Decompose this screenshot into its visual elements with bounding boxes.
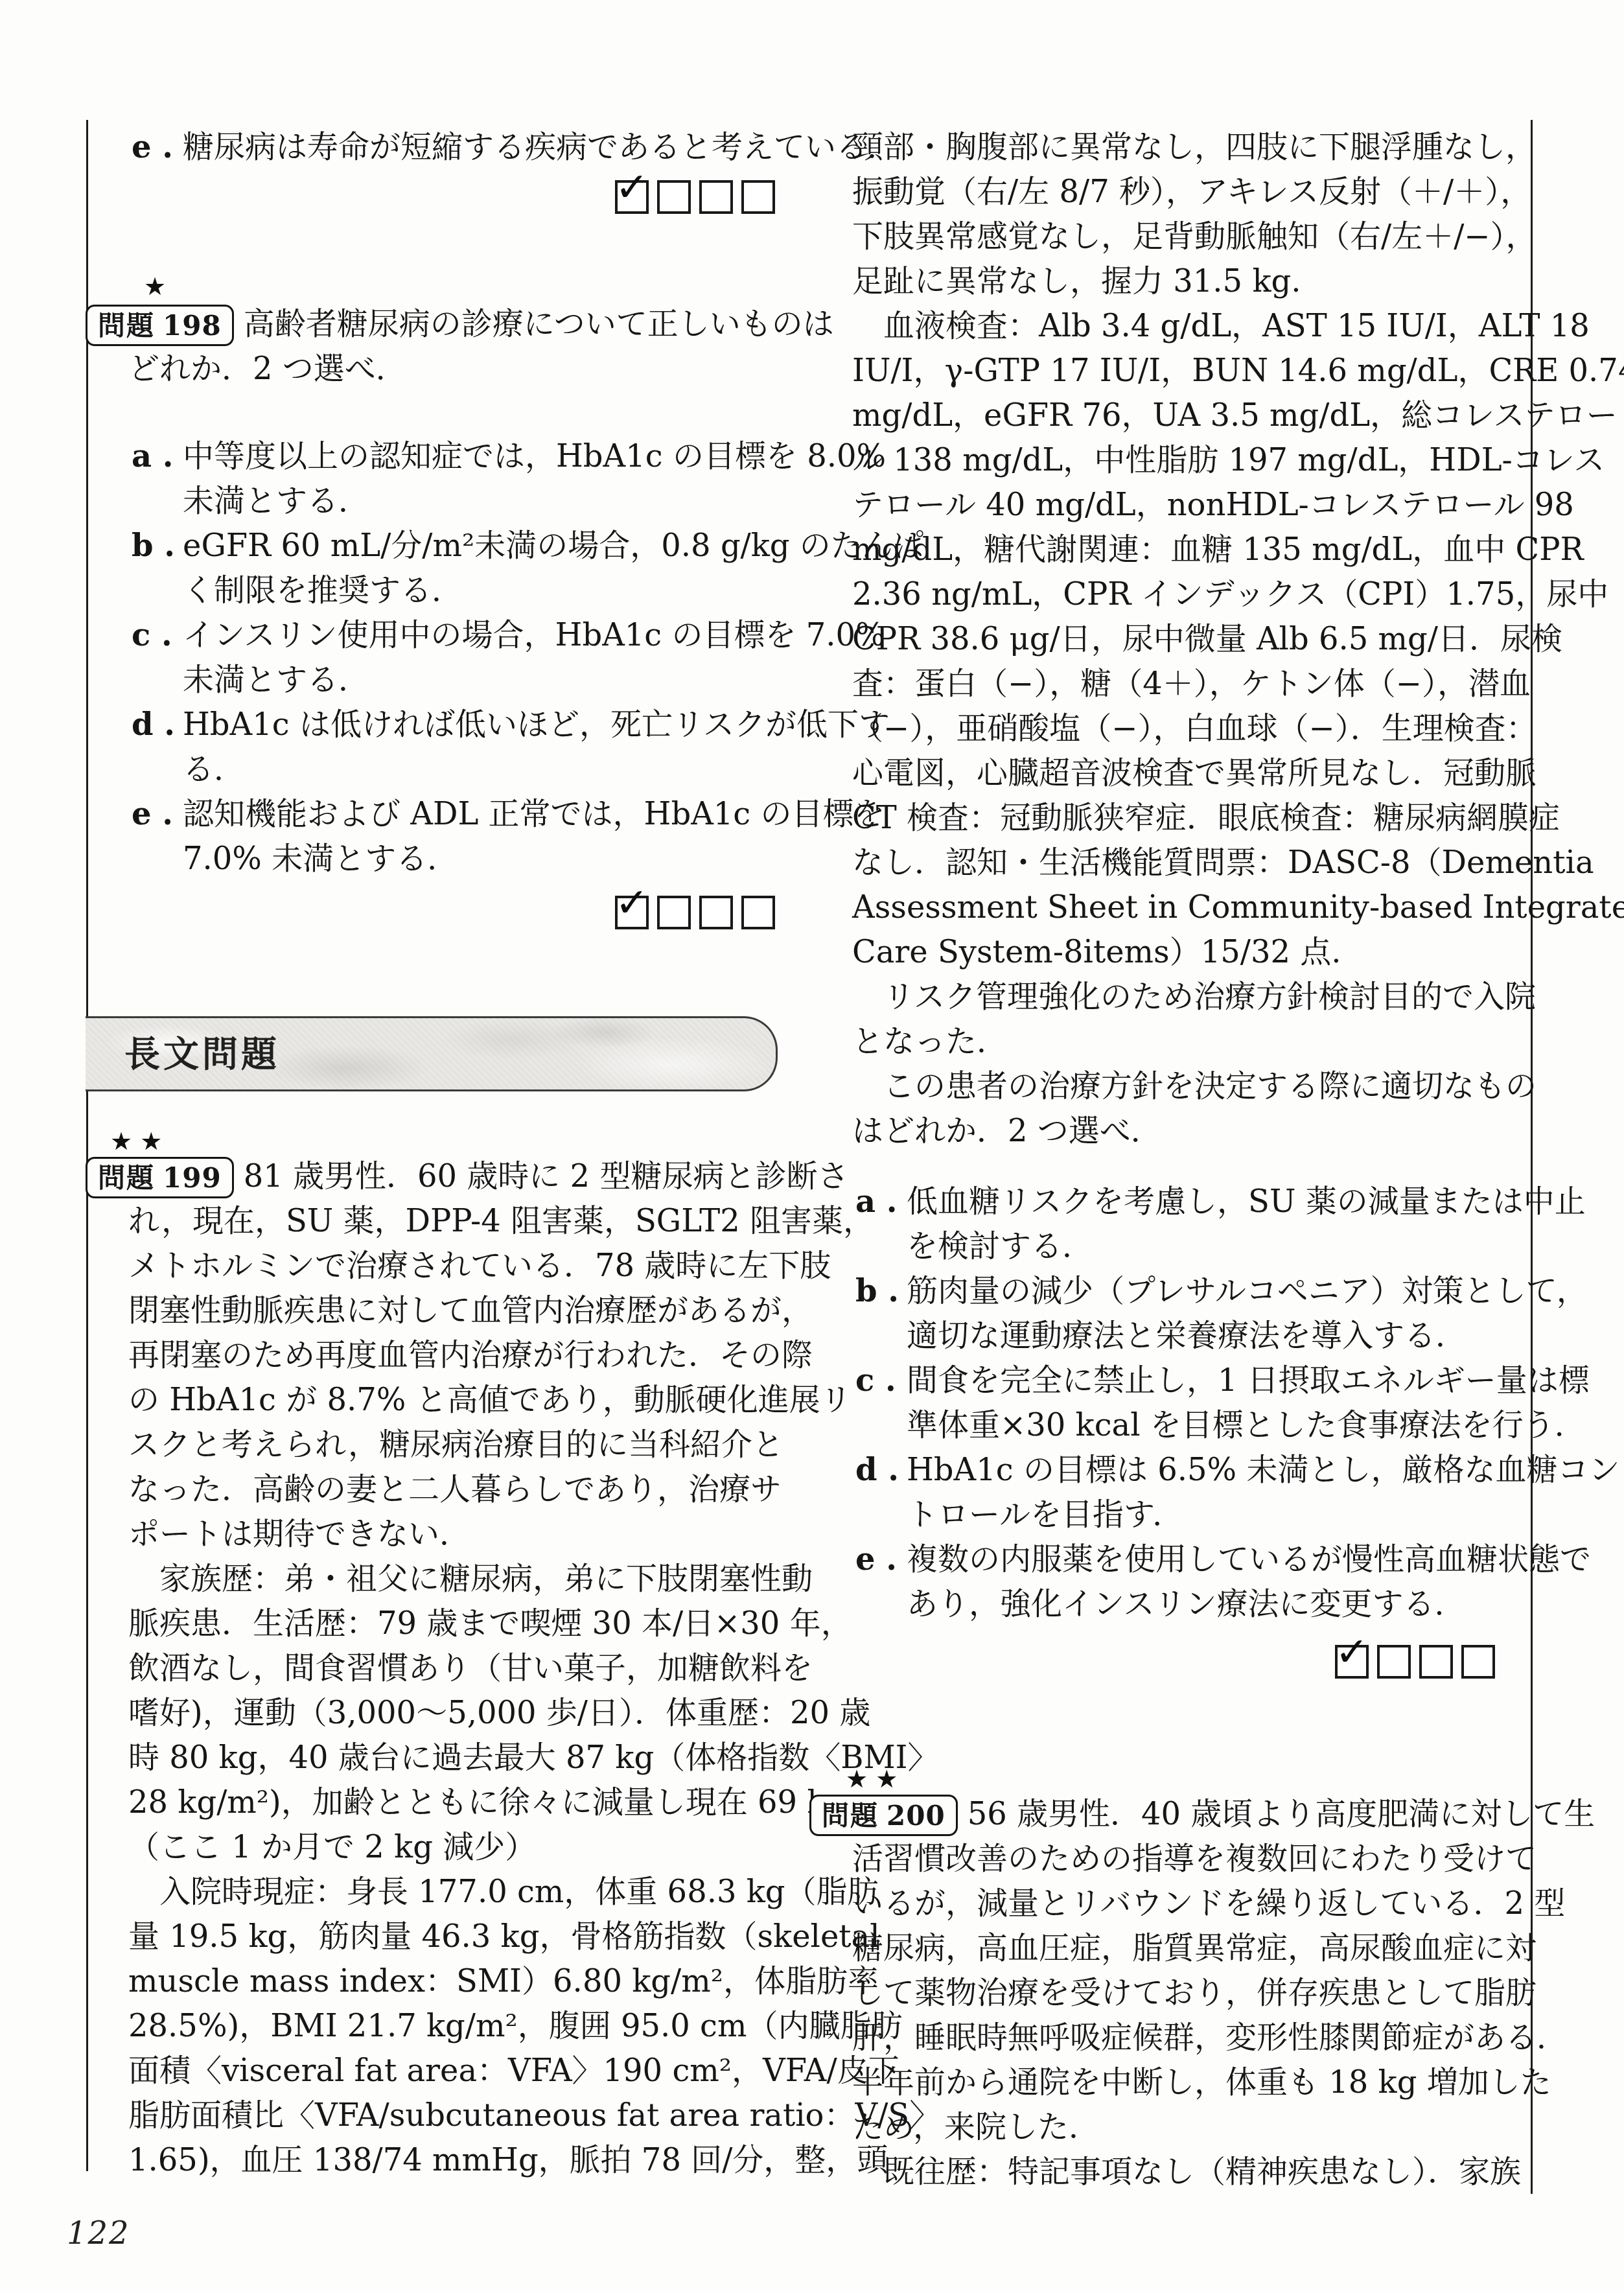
question-199-box: 問題 199 xyxy=(86,1157,234,1198)
option-letter: b . xyxy=(128,524,183,613)
option-row: c . インスリン使用中の場合，HbA1c の目標を 7.0% 未満とする． xyxy=(128,613,776,703)
option-row: d . HbA1c は低ければ低いほど，死亡リスクが低下す る． xyxy=(128,703,776,792)
option-text: HbA1c は低ければ低いほど，死亡リスクが低下す る． xyxy=(183,703,890,792)
question-label: 問題 xyxy=(98,1156,155,1200)
checkbox-checked: ✓ xyxy=(615,896,649,929)
option-letter: e . xyxy=(128,792,183,881)
option-text: 低血糖リスクを考慮し，SU 薬の減量または中止 を検討する． xyxy=(907,1180,1586,1269)
option-letter: e . xyxy=(852,1537,907,1627)
answer-checkbox-row: ✓ xyxy=(128,175,776,214)
option-row: e . 複数の内服薬を使用しているが慢性高血糖状態で あり，強化インスリン療法に… xyxy=(852,1537,1496,1627)
question-198-box: 問題 198 xyxy=(86,305,234,346)
section-banner: 長文問題 xyxy=(86,1016,778,1091)
check-icon: ✓ xyxy=(1335,1632,1369,1672)
option-letter: c . xyxy=(128,613,183,703)
option-text: 間食を完全に禁止し，1 日摂取エネルギー量は標 準体重×30 kcal を目標と… xyxy=(907,1358,1590,1448)
page-number: 122 xyxy=(67,2211,130,2256)
question-199-header: 問題 199 81 歳男性．60 歳時に 2 型糖尿病と診断さ れ，現在，SU … xyxy=(128,1154,776,2183)
checkbox-empty xyxy=(699,180,733,214)
option-text: HbA1c の目標は 6.5% 未満とし，厳格な血糖コン トロールを目指す． xyxy=(907,1448,1619,1537)
option-text: 筋肉量の減少（プレサルコペニア）対策として， 適切な運動療法と栄養療法を導入する… xyxy=(907,1269,1588,1358)
checkbox-empty xyxy=(741,896,775,929)
left-column: e . 糖尿病は寿命が短縮する疾病であると考えている． ✓ ★ 問題 198 高… xyxy=(128,125,776,2183)
book-page: e . 糖尿病は寿命が短縮する疾病であると考えている． ✓ ★ 問題 198 高… xyxy=(0,0,1624,2293)
option-row-e-carryover: e . 糖尿病は寿命が短縮する疾病であると考えている． xyxy=(128,125,776,170)
checkbox-empty xyxy=(1419,1645,1453,1679)
option-text: インスリン使用中の場合，HbA1c の目標を 7.0% 未満とする． xyxy=(183,613,885,703)
checkbox-checked: ✓ xyxy=(1335,1645,1369,1679)
option-letter: d . xyxy=(852,1448,907,1537)
option-text: 複数の内服薬を使用しているが慢性高血糖状態で あり，強化インスリン療法に変更する… xyxy=(907,1537,1591,1627)
left-column-rule xyxy=(86,120,88,2171)
answer-checkbox-row: ✓ xyxy=(128,890,776,929)
question-199-options: a . 低血糖リスクを考慮し，SU 薬の減量または中止 を検討する． b . 筋… xyxy=(852,1180,1496,1627)
option-letter: b . xyxy=(852,1269,907,1358)
option-row: e . 認知機能および ADL 正常では，HbA1c の目標を 7.0% 未満と… xyxy=(128,792,776,881)
option-letter: e . xyxy=(128,125,183,170)
question-number: 199 xyxy=(163,1156,222,1200)
section-banner-title: 長文問題 xyxy=(86,1032,280,1077)
answer-checkbox-row: ✓ xyxy=(852,1640,1496,1679)
option-text: 中等度以上の認知症では，HbA1c の目標を 8.0% 未満とする． xyxy=(183,434,886,524)
checkbox-empty xyxy=(1461,1645,1495,1679)
difficulty-stars: ★ xyxy=(144,274,776,299)
case-text: 56 歳男性．40 歳頃より高度肥満に対して生 活習慣改善のための指導を複数回に… xyxy=(852,1792,1496,2194)
checkbox-empty xyxy=(657,896,691,929)
option-row: b . 筋肉量の減少（プレサルコペニア）対策として， 適切な運動療法と栄養療法を… xyxy=(852,1269,1496,1358)
option-row: b . eGFR 60 mL/分/m²未満の場合，0.8 g/kg のたんぱ く… xyxy=(128,524,776,613)
checkbox-empty xyxy=(699,896,733,929)
question-number: 200 xyxy=(887,1793,945,1838)
option-row: a . 中等度以上の認知症では，HbA1c の目標を 8.0% 未満とする． xyxy=(128,434,776,524)
question-200-box: 問題 200 xyxy=(809,1795,958,1836)
question-200-header: 問題 200 56 歳男性．40 歳頃より高度肥満に対して生 活習慣改善のための… xyxy=(852,1792,1496,2194)
question-label: 問題 xyxy=(98,303,155,348)
option-row: c . 間食を完全に禁止し，1 日摂取エネルギー量は標 準体重×30 kcal … xyxy=(852,1358,1496,1448)
option-row: d . HbA1c の目標は 6.5% 未満とし，厳格な血糖コン トロールを目指… xyxy=(852,1448,1496,1537)
case-text-continued: 頸部・胸腹部に異常なし，四肢に下腿浮腫なし， 振動覚（右/左 8/7 秒），アキ… xyxy=(852,125,1496,1154)
checkbox-empty xyxy=(1377,1645,1411,1679)
question-198-options: a . 中等度以上の認知症では，HbA1c の目標を 8.0% 未満とする． b… xyxy=(128,434,776,881)
option-letter: a . xyxy=(852,1180,907,1269)
option-row: a . 低血糖リスクを考慮し，SU 薬の減量または中止 を検討する． xyxy=(852,1180,1496,1269)
difficulty-stars: ★ ★ xyxy=(846,1766,1496,1792)
checkbox-empty xyxy=(657,180,691,214)
option-text: 糖尿病は寿命が短縮する疾病であると考えている． xyxy=(183,125,898,170)
case-text: 81 歳男性．60 歳時に 2 型糖尿病と診断さ れ，現在，SU 薬，DPP-4… xyxy=(128,1154,776,2183)
question-number: 198 xyxy=(163,303,222,348)
check-icon: ✓ xyxy=(615,167,649,207)
question-label: 問題 xyxy=(822,1793,879,1838)
option-text: 認知機能および ADL 正常では，HbA1c の目標を 7.0% 未満とする． xyxy=(183,792,885,881)
checkbox-empty xyxy=(741,180,775,214)
option-letter: c . xyxy=(852,1358,907,1448)
option-letter: a . xyxy=(128,434,183,524)
question-198-header: 問題 198 高齢者糖尿病の診療について正しいものは どれか．2 つ選べ． xyxy=(128,302,776,391)
right-column: 頸部・胸腹部に異常なし，四肢に下腿浮腫なし， 振動覚（右/左 8/7 秒），アキ… xyxy=(852,125,1496,2194)
checkbox-checked: ✓ xyxy=(615,180,649,214)
check-icon: ✓ xyxy=(615,883,649,923)
option-letter: d . xyxy=(128,703,183,792)
difficulty-stars: ★ ★ xyxy=(110,1128,776,1154)
option-text: eGFR 60 mL/分/m²未満の場合，0.8 g/kg のたんぱ く制限を推… xyxy=(183,524,924,613)
